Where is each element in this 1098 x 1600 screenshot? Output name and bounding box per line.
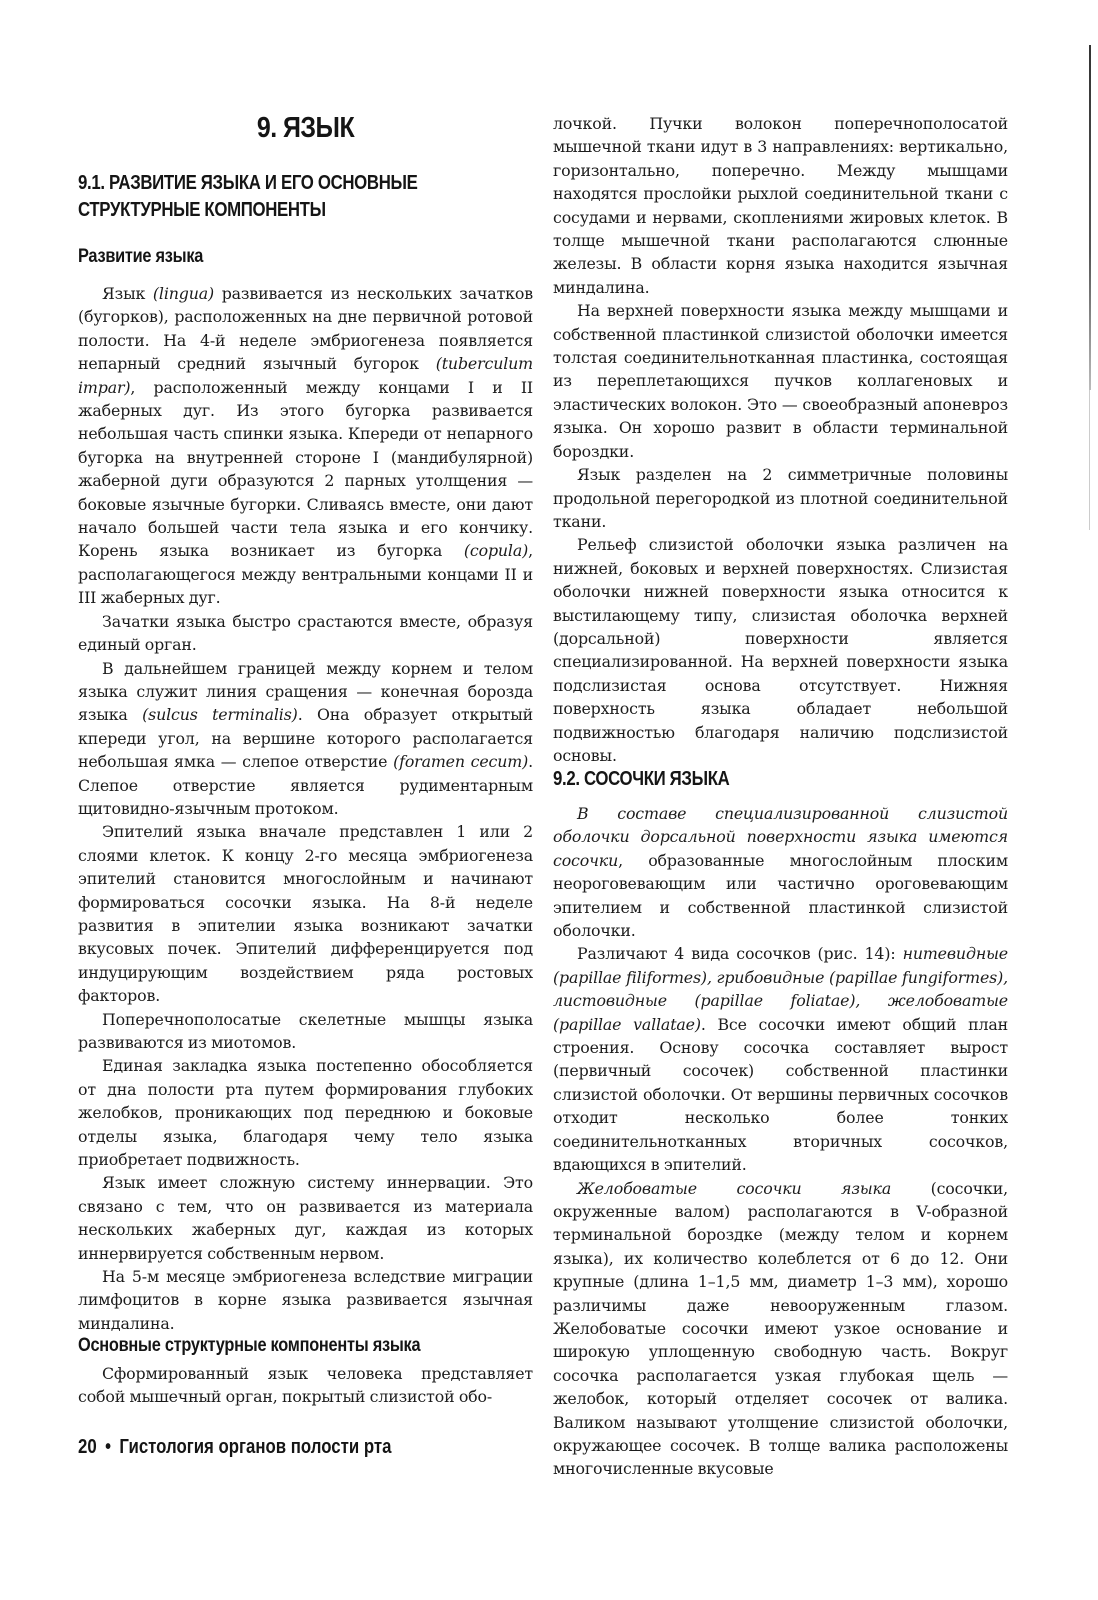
scan-edge-line-faint <box>1089 390 1090 530</box>
paragraph: В дальнейшем границей между корнем и тел… <box>78 657 533 821</box>
papillae-text: В составе специализированной слизистой о… <box>553 802 1008 1481</box>
paragraph: Желобоватые сосочки языка (сосочки, окру… <box>553 1177 1008 1481</box>
paragraph: Эпителий языка вначале представлен 1 или… <box>78 820 533 1007</box>
text-run: , расположенный между концами I и II жаб… <box>78 378 533 561</box>
paragraph: Рельеф слизистой оболочки языка различен… <box>553 533 1008 767</box>
italic-term: (lingua) <box>153 284 214 303</box>
development-text: Язык (lingua) развивается из нескольких … <box>78 282 533 1335</box>
text-run: Язык разделен на 2 симметричные половины… <box>553 465 1008 531</box>
section-9-2-heading: 9.2. СОСОЧКИ ЯЗЫКА <box>553 766 729 793</box>
text-run: На 5-м месяце эмбриогенеза вследствие ми… <box>78 1267 533 1333</box>
paragraph: Язык имеет сложную систему иннервации. Э… <box>78 1171 533 1265</box>
text-run: Зачатки языка быстро срастаются вместе, … <box>78 612 533 654</box>
text-run: лочкой. Пучки волокон поперечнополосатой… <box>553 114 1008 297</box>
text-run: Различают 4 вида сосочков (рис. 14): <box>577 944 903 963</box>
text-run: Поперечнополосатые скелетные мышцы языка… <box>78 1010 533 1052</box>
paragraph: Различают 4 вида сосочков (рис. 14): нит… <box>553 942 1008 1176</box>
paragraph: Зачатки языка быстро срастаются вместе, … <box>78 610 533 657</box>
italic-term: (copula) <box>464 541 528 560</box>
section-9-1-heading: 9.1. РАЗВИТИЕ ЯЗЫКА И ЕГО ОСНОВНЫЕ СТРУК… <box>78 170 417 224</box>
chapter-title: 9. ЯЗЫК <box>110 112 501 145</box>
text-run: Язык <box>102 284 153 303</box>
subsection-components-heading: Основные структурные компоненты языка <box>78 1334 420 1358</box>
section-9-1-heading-line1: 9.1. РАЗВИТИЕ ЯЗЫКА И ЕГО ОСНОВНЫЕ <box>78 170 417 197</box>
continuation-text: лочкой. Пучки волокон поперечнополосатой… <box>553 112 1008 767</box>
paragraph: В составе специализированной слизистой о… <box>553 802 1008 942</box>
components-text: Сформированный язык человека представляе… <box>78 1362 533 1409</box>
text-run: Язык имеет сложную систему иннервации. Э… <box>78 1173 533 1262</box>
paragraph: лочкой. Пучки волокон поперечнополосатой… <box>553 112 1008 299</box>
text-run: На верхней поверхности языка между мышца… <box>553 301 1008 460</box>
scan-edge-line <box>1089 45 1091 390</box>
paragraph: Язык (lingua) развивается из нескольких … <box>78 282 533 610</box>
italic-term: Желобоватые сосочки языка <box>577 1179 891 1198</box>
text-run: Рельеф слизистой оболочки языка различен… <box>553 535 1008 765</box>
paragraph: Язык разделен на 2 симметричные половины… <box>553 463 1008 533</box>
text-run: Эпителий языка вначале представлен 1 или… <box>78 822 533 1005</box>
paragraph: На верхней поверхности языка между мышца… <box>553 299 1008 463</box>
text-run: Единая закладка языка постепенно обособл… <box>78 1056 533 1169</box>
paragraph: На 5-м месяце эмбриогенеза вследствие ми… <box>78 1265 533 1335</box>
text-run: . Все сосочки имеют общий план строения.… <box>553 1015 1008 1174</box>
paragraph: Единая закладка языка постепенно обособл… <box>78 1054 533 1171</box>
page-footer: 20•Гистология органов полости рта <box>78 1434 391 1460</box>
italic-term: (foramen cecum) <box>393 752 528 771</box>
footer-bullet: • <box>105 1436 111 1458</box>
book-title: Гистология органов полости рта <box>119 1436 391 1458</box>
text-run: (сосочки, окруженные валом) располагаютс… <box>553 1179 1008 1479</box>
paragraph: Поперечнополосатые скелетные мышцы языка… <box>78 1008 533 1055</box>
subsection-development-heading: Развитие языка <box>78 245 203 269</box>
paragraph: Сформированный язык человека представляе… <box>78 1362 533 1409</box>
italic-term: (sulcus terminalis) <box>142 705 298 724</box>
text-run: , образованные многослойным плоским неор… <box>553 851 1008 940</box>
page-number: 20 <box>78 1436 97 1458</box>
section-9-1-heading-line2: СТРУКТУРНЫЕ КОМПОНЕНТЫ <box>78 197 417 224</box>
